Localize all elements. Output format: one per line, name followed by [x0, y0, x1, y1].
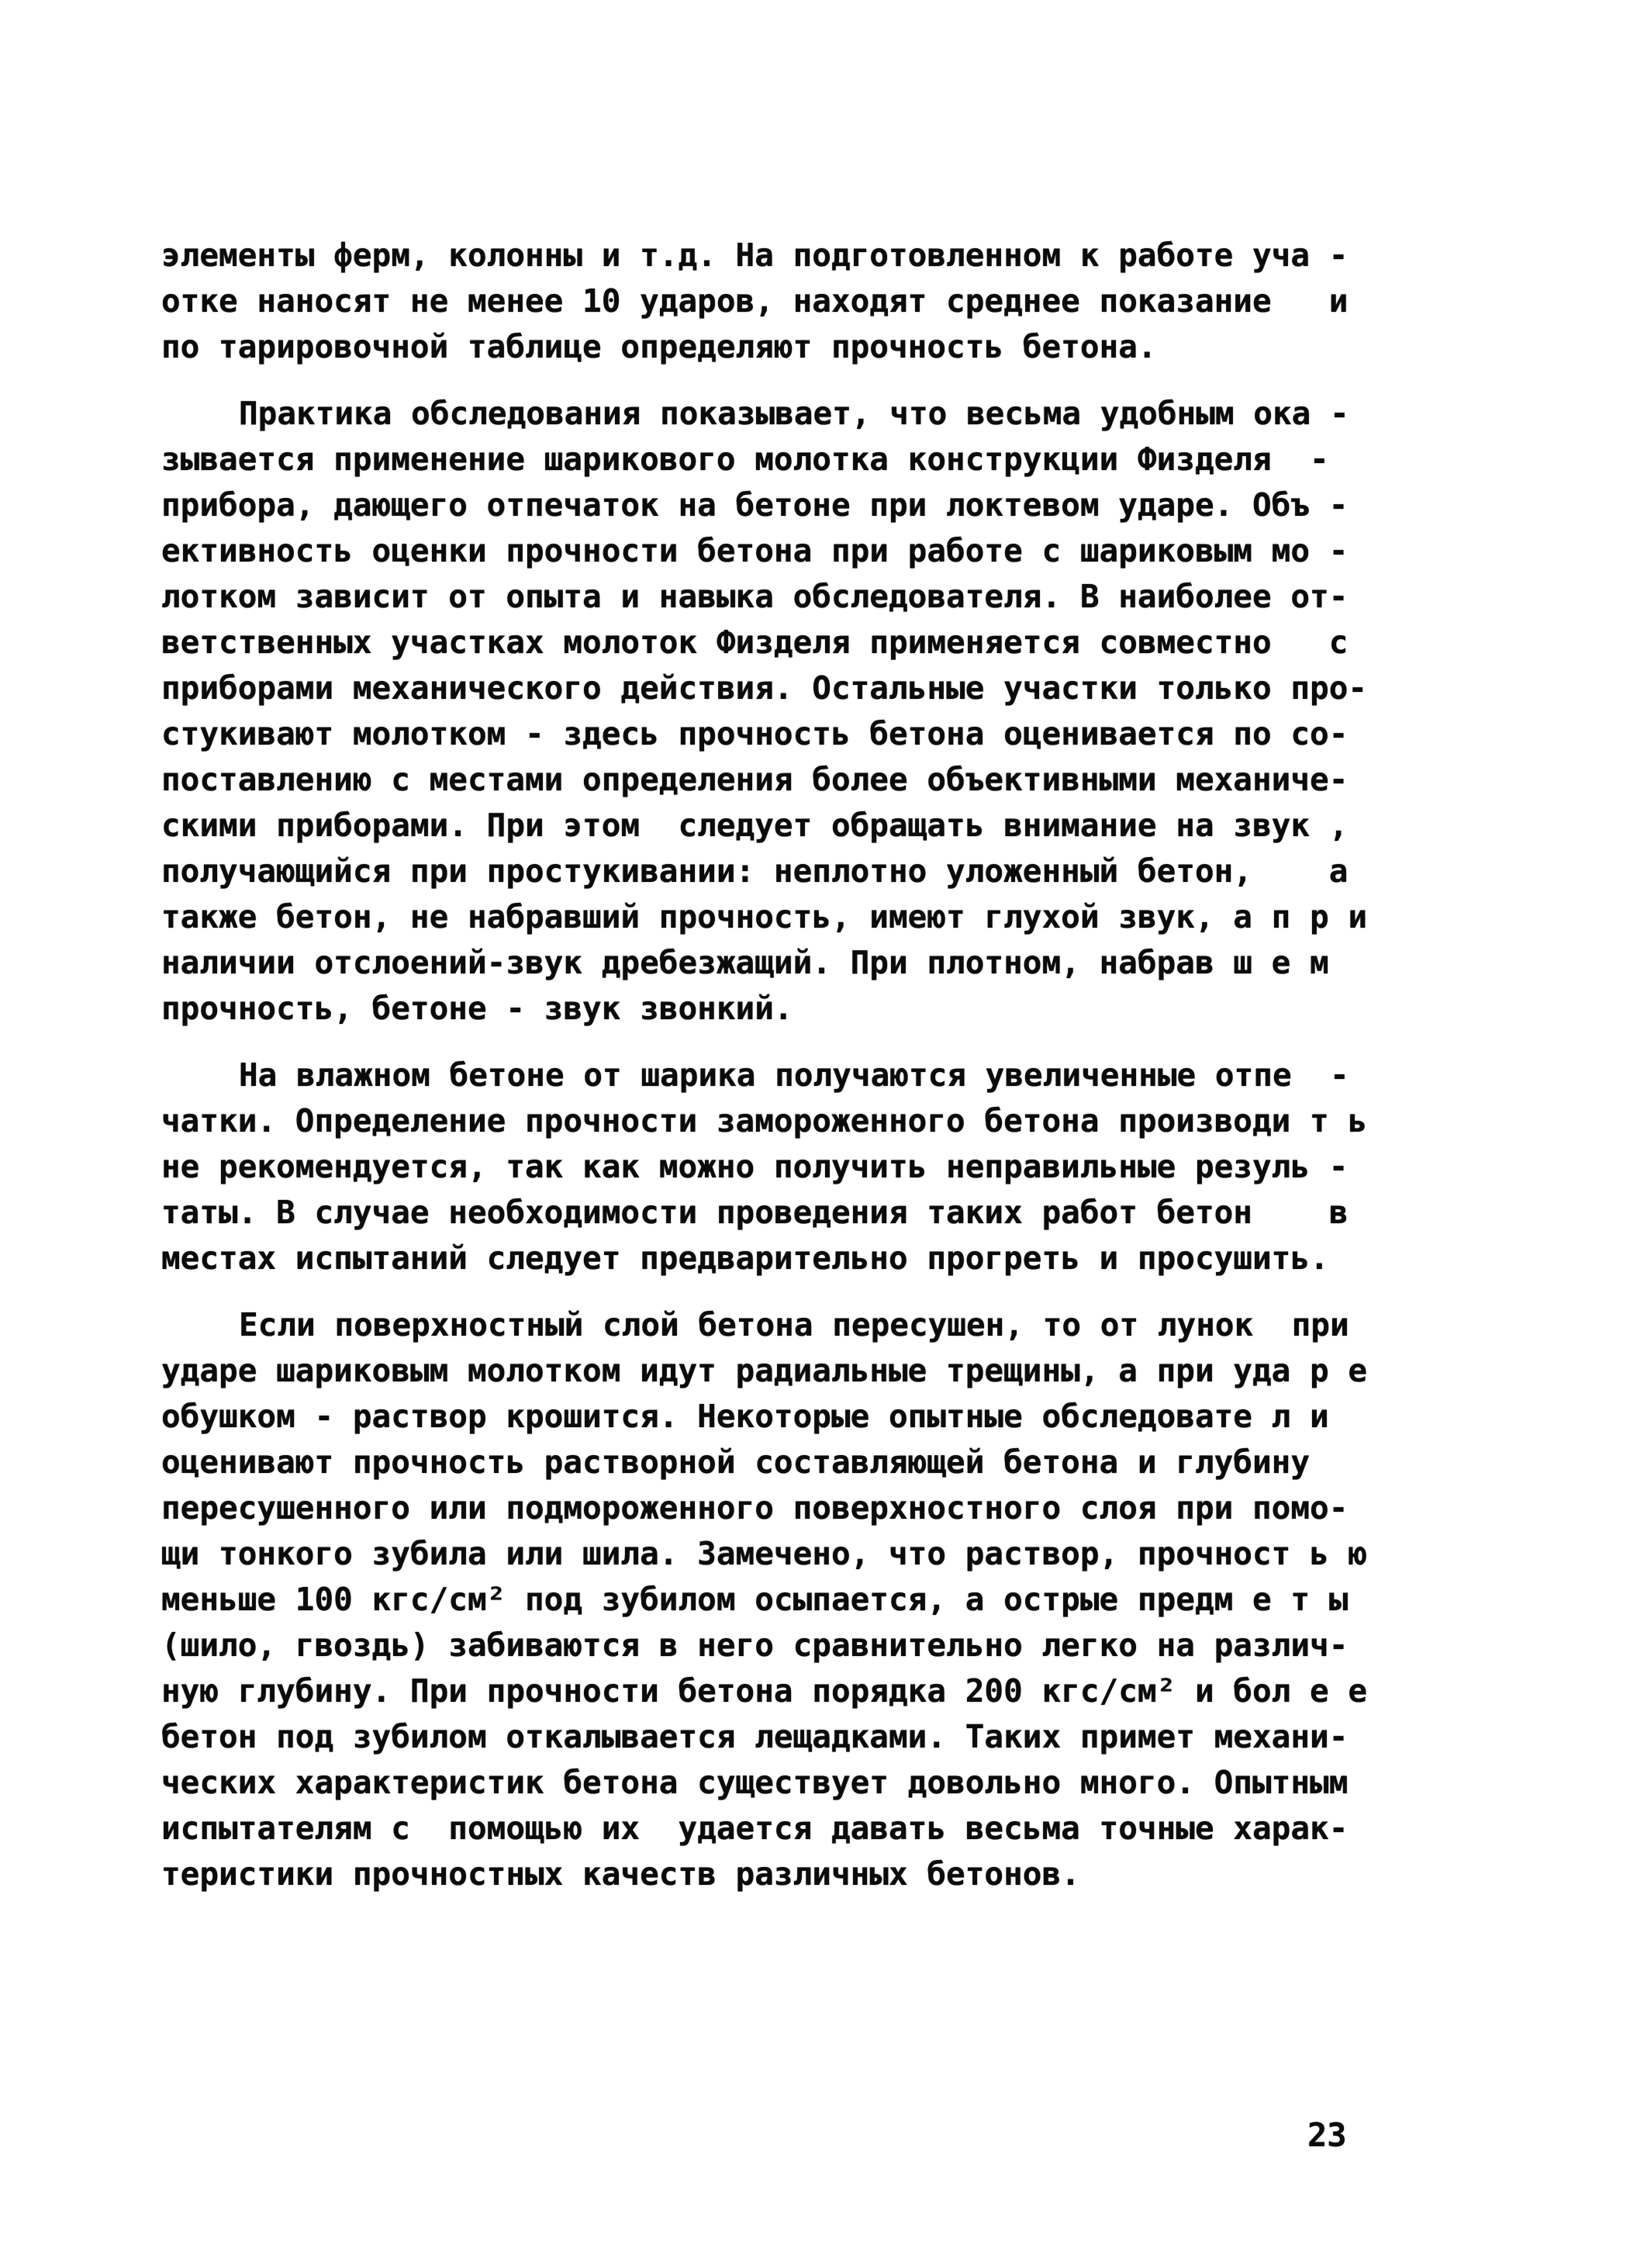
text-line: лотком зависит от опыта и навыка обследо…: [161, 574, 1394, 620]
paragraph: Практика обследования показывает, что ве…: [161, 391, 1394, 1032]
text-line: оценивают прочность растворной составляю…: [161, 1440, 1394, 1485]
text-line: ветственных участках молоток Физделя при…: [161, 620, 1394, 666]
text-line: бетон под зубилом откалывается лещадками…: [161, 1714, 1394, 1760]
text-line: ударе шариковым молотком идут радиальные…: [161, 1348, 1394, 1394]
document-page: элементы ферм, колонны и т.д. На подгото…: [0, 0, 1637, 2268]
text-line: меньше 100 кгс/см² под зубилом осыпается…: [161, 1577, 1394, 1623]
text-line: (шило, гвоздь) забиваются в него сравнит…: [161, 1623, 1394, 1668]
text-line: скими приборами. При этом следует обраща…: [161, 803, 1394, 849]
text-line: щи тонкого зубила или шила. Замечено, чт…: [161, 1531, 1394, 1577]
paragraph: Если поверхностный слой бетона пересушен…: [161, 1302, 1394, 1897]
text-line: получающийся при простукивании: неплотно…: [161, 849, 1394, 894]
text-line: местах испытаний следует предварительно …: [161, 1236, 1394, 1281]
text-line: прибора, дающего отпечаток на бетоне при…: [161, 482, 1394, 528]
text-line: Если поверхностный слой бетона пересушен…: [161, 1302, 1394, 1348]
text-line: приборами механического действия. Осталь…: [161, 666, 1394, 711]
text-line: стукивают молотком - здесь прочность бет…: [161, 711, 1394, 757]
text-line: теристики прочностных качеств различных …: [161, 1851, 1394, 1897]
text-line: ную глубину. При прочности бетона порядк…: [161, 1668, 1394, 1714]
page-number: 23: [1307, 2116, 1347, 2154]
text-line: На влажном бетоне от шарика получаются у…: [161, 1053, 1394, 1098]
text-line: элементы ферм, колонны и т.д. На подгото…: [161, 233, 1394, 278]
paragraph: элементы ферм, колонны и т.д. На подгото…: [161, 233, 1394, 370]
text-line: обушком - раствор крошится. Некоторые оп…: [161, 1394, 1394, 1440]
text-line: таты. В случае необходимости проведения …: [161, 1190, 1394, 1236]
text-line: отке наносят не менее 10 ударов, находят…: [161, 278, 1394, 324]
text-line: ческих характеристик бетона существует д…: [161, 1760, 1394, 1806]
text-line: поставлению с местами определения более …: [161, 757, 1394, 803]
text-line: зывается применение шарикового молотка к…: [161, 437, 1394, 482]
text-line: Практика обследования показывает, что ве…: [161, 391, 1394, 437]
text-line: также бетон, не набравший прочность, име…: [161, 894, 1394, 940]
paragraph: На влажном бетоне от шарика получаются у…: [161, 1053, 1394, 1281]
text-line: не рекомендуется, так как можно получить…: [161, 1144, 1394, 1190]
text-line: ективность оценки прочности бетона при р…: [161, 528, 1394, 574]
text-line: прочность, бетоне - звук звонкий.: [161, 986, 1394, 1032]
body-text: элементы ферм, колонны и т.д. На подгото…: [161, 233, 1394, 1897]
text-line: испытателям с помощью их удается давать …: [161, 1806, 1394, 1851]
text-line: чатки. Определение прочности замороженно…: [161, 1098, 1394, 1144]
text-line: пересушенного или подмороженного поверхн…: [161, 1485, 1394, 1531]
text-line: наличии отслоений-звук дребезжащий. При …: [161, 940, 1394, 986]
text-line: по тарировочной таблице определяют прочн…: [161, 324, 1394, 370]
